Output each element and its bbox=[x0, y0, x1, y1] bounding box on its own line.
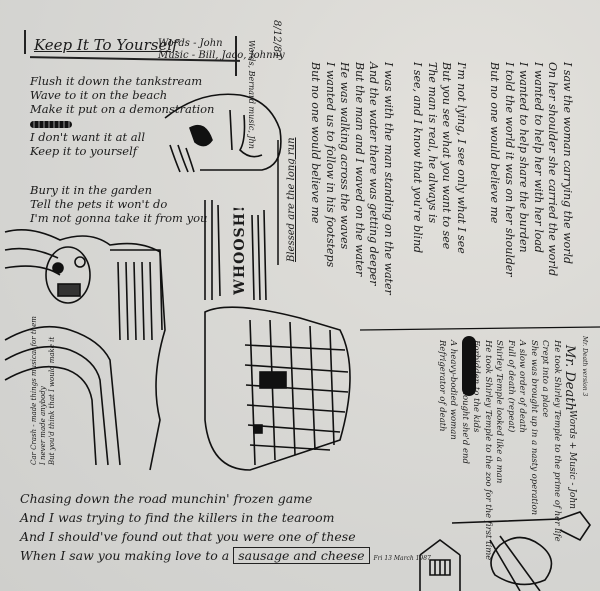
mr-death-line: A heavy-bodied woman bbox=[447, 340, 459, 560]
boxed-phrase: sausage and cheese bbox=[233, 547, 369, 564]
middle-column-stanza-1: I was with the man standing on the water… bbox=[308, 62, 395, 295]
bottom-line: When I saw you making love to a sausage … bbox=[20, 546, 431, 565]
bottom-line-text: When I saw you making love to a bbox=[20, 548, 229, 563]
stanza-line: I was with the man standing on the water bbox=[381, 62, 396, 295]
stanza-line: I'm not lying, I see only what I see bbox=[454, 62, 469, 254]
stanza-line: I wanted to help share the burden bbox=[516, 62, 531, 277]
stanza-line: I see, and I know that you're blind bbox=[410, 62, 425, 254]
margin-note: But you'd think that I would make it bbox=[48, 316, 57, 465]
stanza-line: The man is real, he always is bbox=[425, 62, 440, 254]
stanza-line: I wanted us to follow in his footsteps bbox=[323, 62, 338, 295]
whoosh-label: WHOOSH! bbox=[232, 205, 248, 295]
rotated-caption: Blessed are the long run bbox=[286, 137, 297, 262]
stanza-line: And the water there was getting deeper bbox=[366, 62, 381, 295]
margin-note: I never made anybody bbox=[39, 316, 48, 465]
margin-notes: Car Crash - made things musical for them… bbox=[30, 316, 57, 465]
stanza-line: But no one would believe me bbox=[487, 62, 502, 277]
mr-death-lyrics: He took Shirley Temple to the prime of h… bbox=[436, 340, 563, 560]
stanza-line: But the man and I waved on the water bbox=[352, 62, 367, 295]
mr-death-title: Mr. Death bbox=[562, 345, 577, 411]
bottom-lyrics: Chasing down the road munchin' frozen ga… bbox=[20, 489, 431, 565]
margin-note: Car Crash - made things musical for them bbox=[30, 316, 39, 465]
middle-column-stanza-2: I'm not lying, I see only what I see But… bbox=[410, 62, 468, 254]
mr-death-line: She was brought up in a nasty operation bbox=[528, 340, 540, 560]
lyric-sheet: Keep It To Yourself Words - John Music -… bbox=[0, 0, 600, 591]
stanza-line: I told the world it was on her shoulder bbox=[502, 62, 517, 277]
stanza-line: He was walking across the waves bbox=[337, 62, 352, 295]
date-footnote: Fri 13 March 1987 bbox=[373, 555, 430, 562]
mr-death-credits: Words + Music - John bbox=[567, 410, 577, 509]
stanza-line: I saw the woman carrying the world bbox=[560, 62, 575, 277]
bottom-line: And I was trying to find the killers in … bbox=[20, 508, 431, 527]
mr-death-line: Refrigerator of death bbox=[436, 340, 448, 560]
mr-death-line: A slow order of death bbox=[516, 340, 528, 560]
stanza-line: On her shoulder she carried the world bbox=[545, 62, 560, 277]
stanza-line: I wanted to help her with her load bbox=[531, 62, 546, 277]
bottom-line: Chasing down the road munchin' frozen ga… bbox=[20, 489, 431, 508]
bottom-line: And I should've found out that you were … bbox=[20, 527, 431, 546]
mr-death-line: Shirley Temple looked like a man bbox=[493, 340, 505, 560]
mr-death-line: He took Shirley Temple to the prime of h… bbox=[551, 340, 563, 560]
mr-death-line: He took Shirley Temple to the zoo for th… bbox=[482, 340, 494, 560]
middle-column-stanza-3: I saw the woman carrying the world On he… bbox=[487, 62, 574, 277]
mr-death-version-note: Mr. Death version 3 bbox=[581, 336, 588, 396]
ink-blot bbox=[462, 336, 476, 396]
stanza-line: But no one would believe me bbox=[308, 62, 323, 295]
mr-death-line: Crept into a place bbox=[539, 340, 551, 560]
mr-death-line: Full of death (repeat) bbox=[505, 340, 517, 560]
stanza-line: But you see what you want to see bbox=[439, 62, 454, 254]
